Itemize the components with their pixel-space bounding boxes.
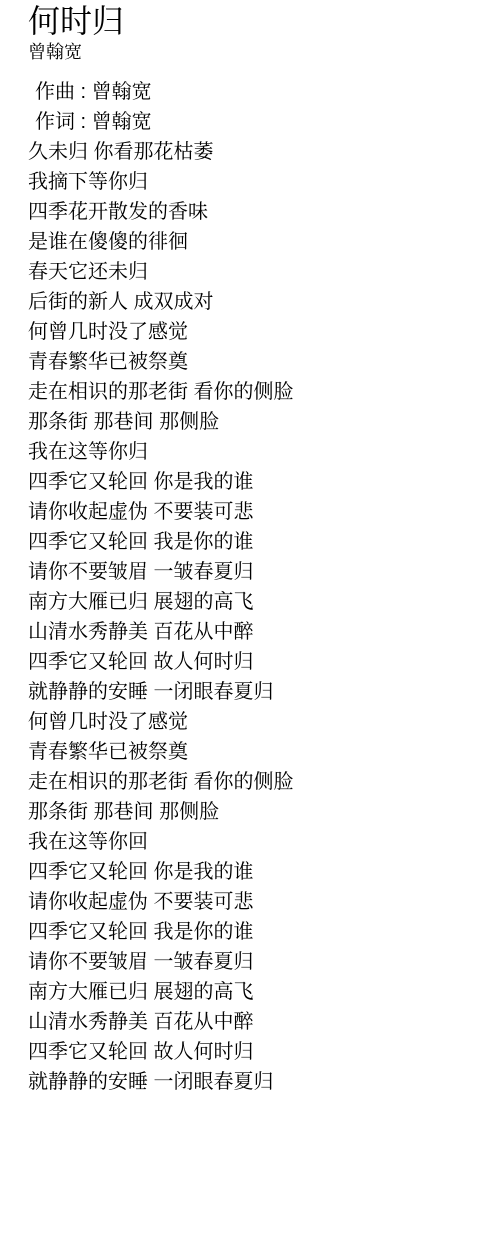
lyric-line: 久未归 你看那花枯萎 — [28, 137, 480, 167]
lyric-line: 何曾几时没了感觉 — [28, 707, 480, 737]
composer-credit: 作曲 : 曾翰宽 — [35, 77, 480, 107]
lyric-line: 走在相识的那老街 看你的侧脸 — [28, 767, 480, 797]
lyric-line: 就静静的安睡 一闭眼春夏归 — [28, 1067, 480, 1097]
lyric-line: 四季它又轮回 你是我的谁 — [28, 467, 480, 497]
lyric-line: 青春繁华已被祭奠 — [28, 347, 480, 377]
lyric-line: 山清水秀静美 百花从中醉 — [28, 617, 480, 647]
lyric-line: 那条街 那巷间 那侧脸 — [28, 407, 480, 437]
lyric-line: 四季它又轮回 故人何时归 — [28, 647, 480, 677]
lyric-line: 青春繁华已被祭奠 — [28, 737, 480, 767]
lyric-line: 请你收起虚伪 不要装可悲 — [28, 497, 480, 527]
lyric-line: 就静静的安睡 一闭眼春夏归 — [28, 677, 480, 707]
lyric-line: 四季它又轮回 故人何时归 — [28, 1037, 480, 1067]
lyric-line: 走在相识的那老街 看你的侧脸 — [28, 377, 480, 407]
artist-name: 曾翰宽 — [28, 40, 480, 64]
lyric-line: 南方大雁已归 展翅的高飞 — [28, 977, 480, 1007]
lyric-line: 我在这等你归 — [28, 437, 480, 467]
lyric-line: 山清水秀静美 百花从中醉 — [28, 1007, 480, 1037]
lyric-line: 我在这等你回 — [28, 827, 480, 857]
lyric-line: 那条街 那巷间 那侧脸 — [28, 797, 480, 827]
lyric-line: 请你收起虚伪 不要装可悲 — [28, 887, 480, 917]
credits-block: 作曲 : 曾翰宽 作词 : 曾翰宽 — [28, 77, 480, 137]
lyricist-credit: 作词 : 曾翰宽 — [35, 107, 480, 137]
lyrics-page: 何时归 曾翰宽 作曲 : 曾翰宽 作词 : 曾翰宽 久未归 你看那花枯萎我摘下等… — [0, 2, 500, 1097]
lyric-line: 四季花开散发的香味 — [28, 197, 480, 227]
lyrics-body: 久未归 你看那花枯萎我摘下等你归四季花开散发的香味是谁在傻傻的徘徊春天它还未归后… — [28, 137, 480, 1097]
lyric-line: 四季它又轮回 你是我的谁 — [28, 857, 480, 887]
lyric-line: 请你不要皱眉 一皱春夏归 — [28, 557, 480, 587]
lyric-line: 春天它还未归 — [28, 257, 480, 287]
lyric-line: 何曾几时没了感觉 — [28, 317, 480, 347]
song-title: 何时归 — [28, 2, 480, 40]
lyric-line: 我摘下等你归 — [28, 167, 480, 197]
lyric-line: 四季它又轮回 我是你的谁 — [28, 527, 480, 557]
lyric-line: 四季它又轮回 我是你的谁 — [28, 917, 480, 947]
lyric-line: 是谁在傻傻的徘徊 — [28, 227, 480, 257]
lyric-line: 南方大雁已归 展翅的高飞 — [28, 587, 480, 617]
lyric-line: 后街的新人 成双成对 — [28, 287, 480, 317]
lyric-line: 请你不要皱眉 一皱春夏归 — [28, 947, 480, 977]
